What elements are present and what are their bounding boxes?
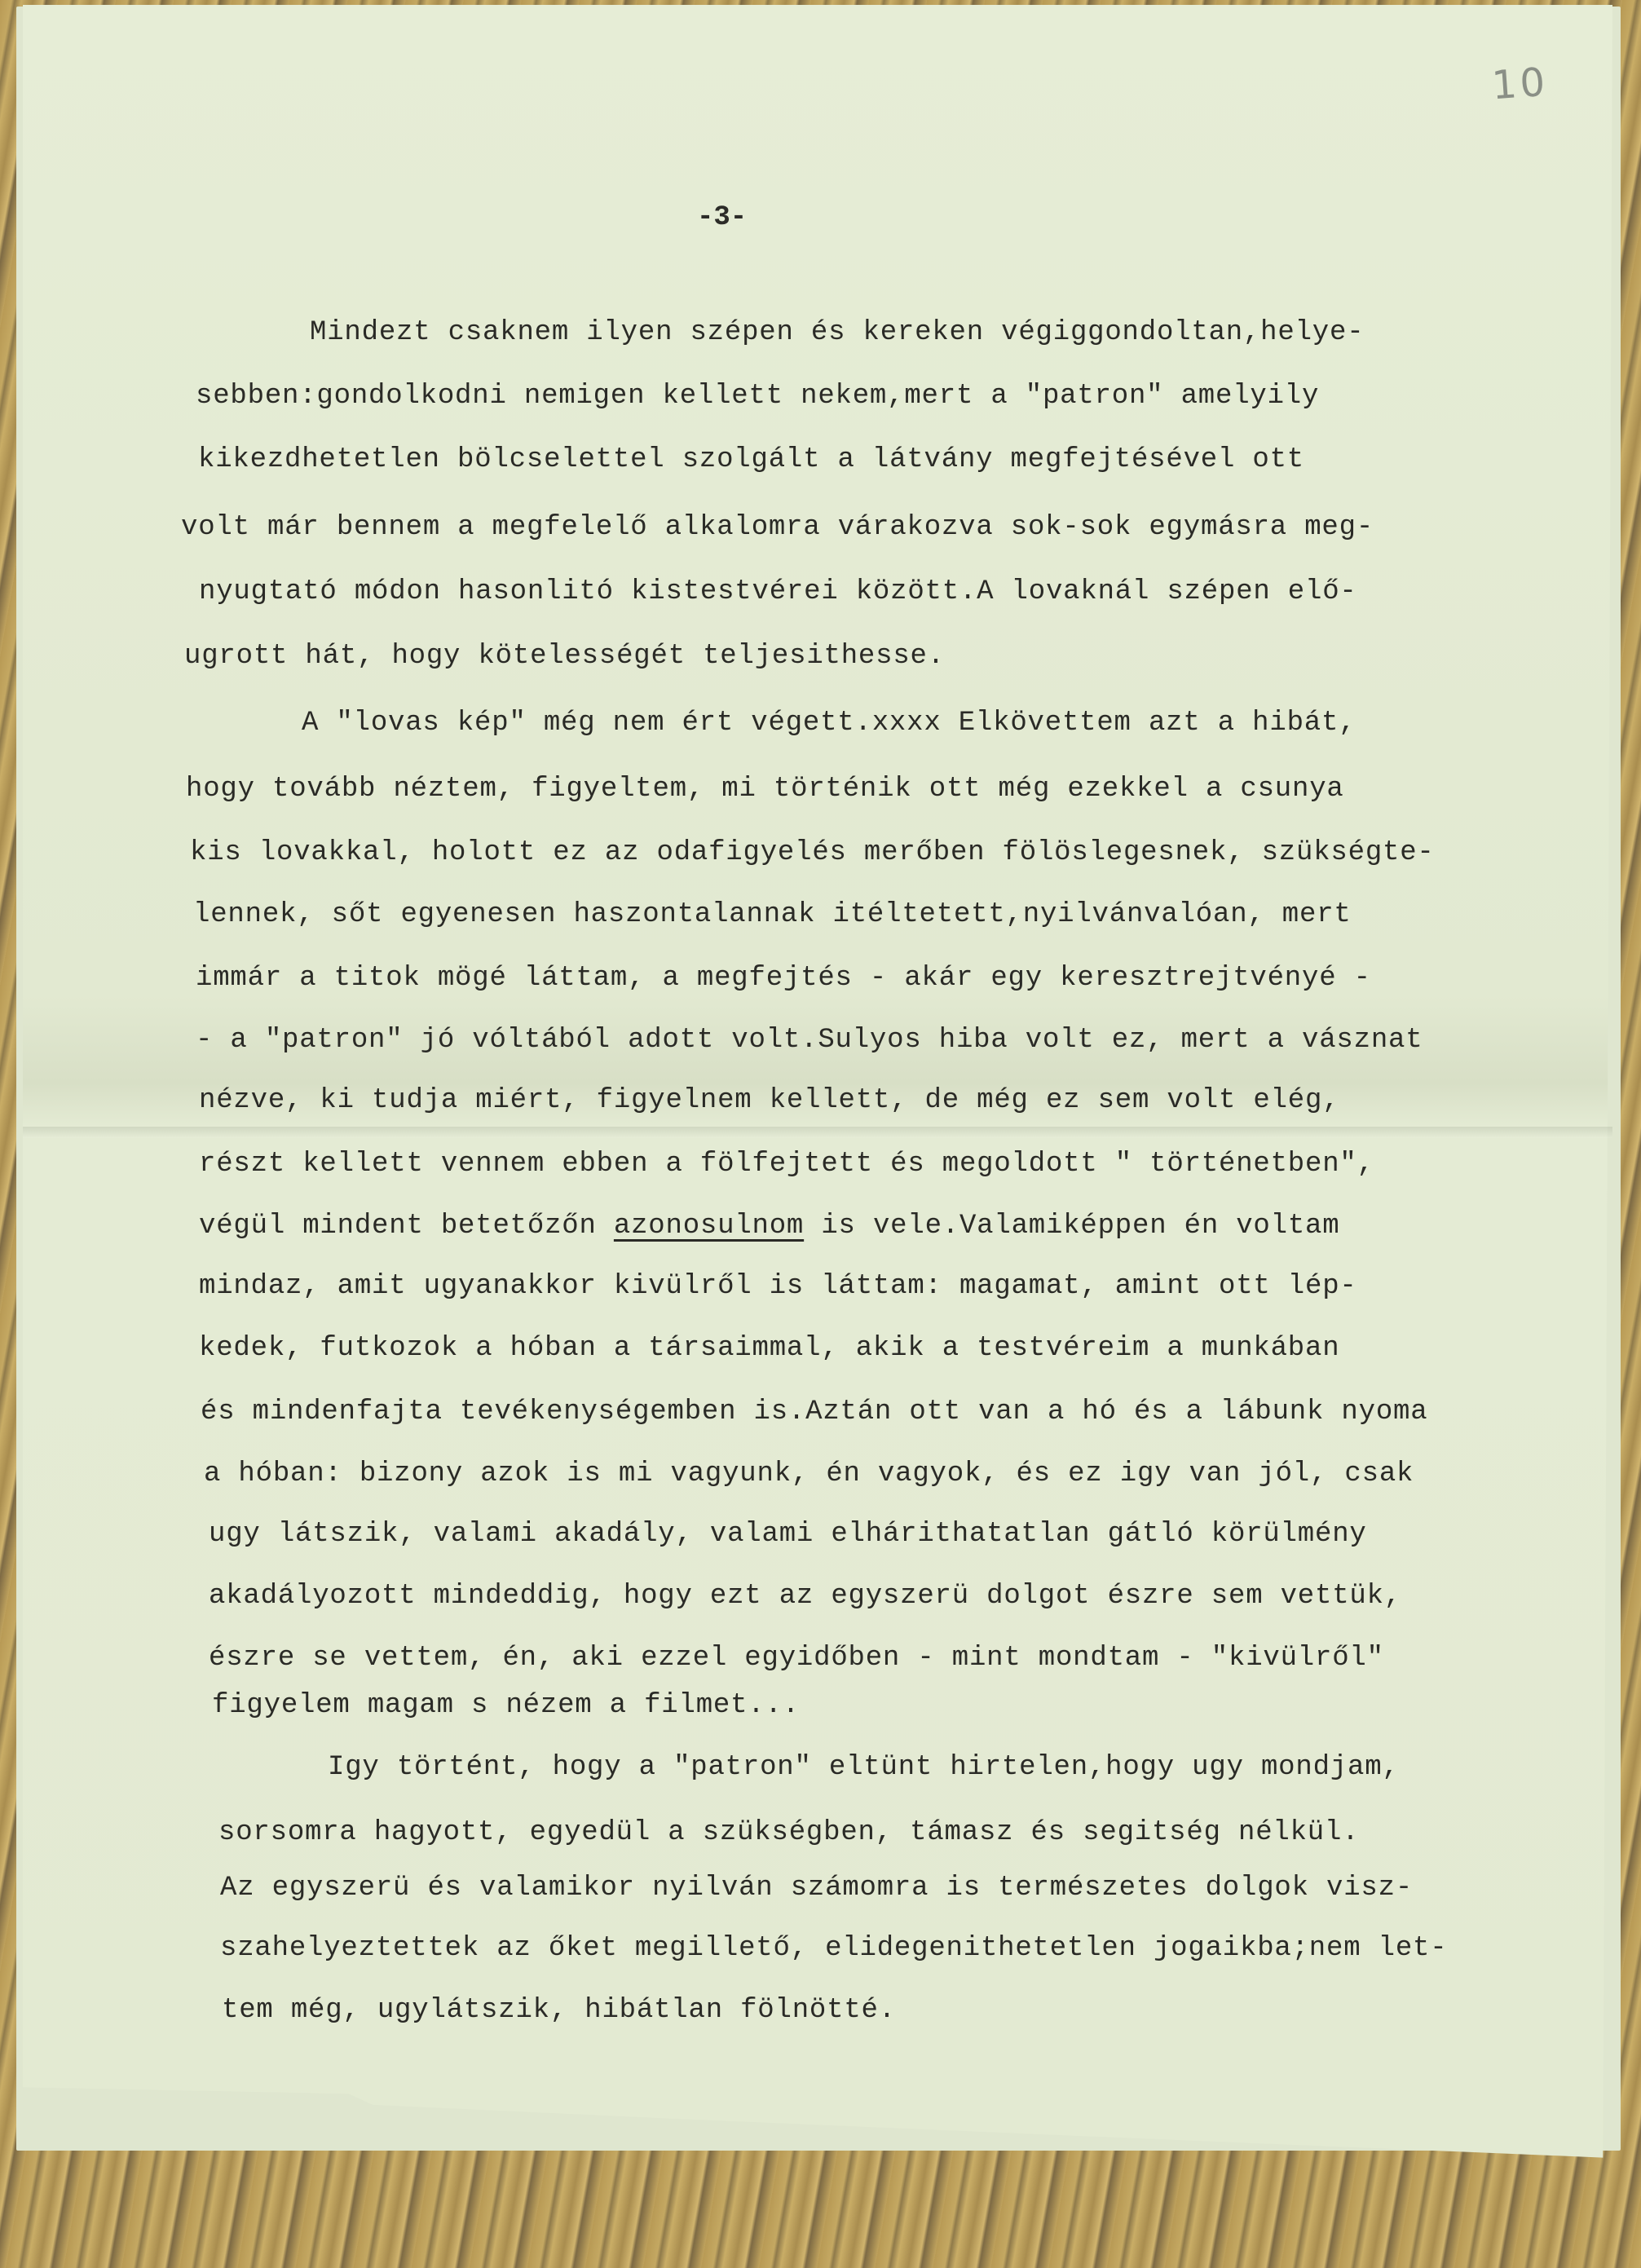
text-line: Az egyszerü és valamikor nyilván számomr…: [220, 1872, 1413, 1904]
text-line: figyelem magam s nézem a filmet...: [212, 1689, 800, 1722]
text-line: Igy történt, hogy a "patron" eltünt hirt…: [328, 1751, 1400, 1784]
text-line: részt kellett vennem ebben a fölfejtett …: [199, 1148, 1374, 1180]
text-line-with-underline: végül mindent betetőzőn azonosulnom is v…: [199, 1210, 1339, 1242]
typed-page-number: -3-: [697, 202, 747, 233]
text-line: sorsomra hagyott, egyedül a szükségben, …: [218, 1816, 1359, 1849]
text-line: kikezdhetetlen bölcselettel szolgált a l…: [198, 443, 1304, 476]
text-line: kedek, futkozok a hóban a társaimmal, ak…: [199, 1332, 1339, 1365]
paper-fold-crease: [23, 1127, 1612, 1138]
text-segment: is vele.Valamiképpen én voltam: [804, 1211, 1339, 1242]
text-line: ugrott hát, hogy kötelességét teljesithe…: [184, 640, 945, 673]
text-line: mindaz, amit ugyanakkor kivülről is látt…: [199, 1270, 1357, 1303]
text-line: lennek, sőt egyenesen haszontalannak ité…: [193, 898, 1352, 931]
text-line: sebben:gondolkodni nemigen kellett nekem…: [196, 380, 1319, 413]
text-line: nyugtató módon hasonlitó kistestvérei kö…: [199, 576, 1357, 608]
text-line: nézve, ki tudja miért, figyelnem kellett…: [199, 1084, 1339, 1117]
text-line: A "lovas kép" még nem ért végett.xxxx El…: [302, 707, 1356, 739]
text-line: kis lovakkal, holott ez az odafigyelés m…: [190, 836, 1435, 869]
text-line: a hóban: bizony azok is mi vagyunk, én v…: [204, 1458, 1414, 1490]
text-segment: végül mindent betetőzőn: [199, 1211, 614, 1242]
text-line: észre se vettem, én, aki ezzel egyidőben…: [209, 1642, 1384, 1675]
text-line: akadályozott mindeddig, hogy ezt az egys…: [209, 1580, 1401, 1613]
text-line: - a "patron" jó vóltából adott volt.Suly…: [196, 1024, 1423, 1057]
text-line: szahelyeztettek az őket megillető, elide…: [220, 1932, 1447, 1965]
text-line: és mindenfajta tevékenységemben is.Aztán…: [201, 1396, 1427, 1428]
text-line: ugy látszik, valami akadály, valami elhá…: [209, 1518, 1367, 1551]
text-line: tem még, ugylátszik, hibátlan fölnötté.: [222, 1994, 896, 2027]
text-line: volt már bennem a megfelelő alkalomra vá…: [181, 511, 1374, 544]
underlined-word: azonosulnom: [614, 1211, 804, 1242]
text-line: Mindezt csaknem ilyen szépen és kereken …: [310, 316, 1364, 349]
text-line: immár a titok mögé láttam, a megfejtés -…: [196, 962, 1371, 995]
handwritten-page-number: 10: [1490, 60, 1550, 109]
text-line: hogy tovább néztem, figyeltem, mi történ…: [186, 773, 1344, 805]
